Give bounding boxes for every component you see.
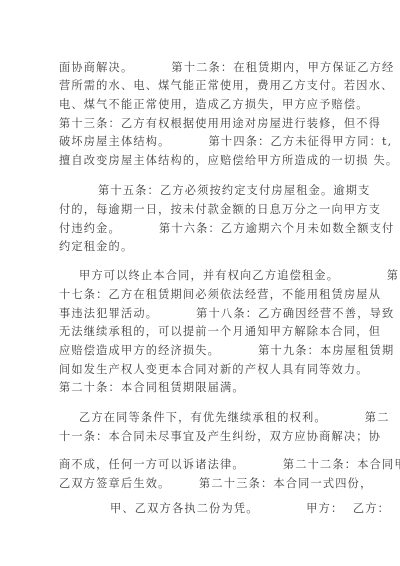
text-line: 约定租金的。	[59, 240, 133, 254]
text-line: 十一条：本合同未尽事宜及产生纠纷，双方应协商解决；协	[59, 430, 381, 444]
text-line: 事违法犯罪活动。 第十八条：乙方确因经营不善，导致	[59, 307, 394, 321]
text-line: 应赔偿造成甲方的经济损失。 第十九条：本房屋租赁期	[59, 344, 394, 358]
document-page: 面协商解决。 第十二条：在租赁期内，甲方保证乙方经 营所需的水、电、煤气能正常使…	[0, 0, 400, 566]
text-line: 无法继续承租的，可以提前一个月通知甲方解除本合同，但	[59, 325, 381, 339]
text-line: 第十五条：乙方必须按约定支付房屋租金。逾期支	[98, 184, 371, 198]
text-line: 十七条：乙方在租赁期间必须依法经营，不能用租赁房屋从	[59, 288, 381, 302]
text-line: 付违约金。 第十六条：乙方逾期六个月未如数全额支付	[59, 222, 394, 236]
text-line: 营所需的水、电、煤气能正常使用，费用乙方支付。若因水、	[59, 79, 393, 93]
text-line: 第二十条：本合同租赁期限届满。	[59, 381, 245, 395]
text-line: 擅自改变房屋主体结构的，应赔偿给甲方所造成的一切损 失。	[59, 154, 398, 168]
text-line: 电、煤气不能正常使用，造成乙方损失，甲方应予赔偿。	[59, 98, 369, 112]
text-line: 付的，每逾期一日，按未付款金额的日息万分之一向甲方支	[59, 203, 381, 217]
text-line: 乙方在同等条件下，有优先继续承租的权利。 第二	[79, 411, 390, 425]
text-line: 商不成，任何一方可以诉诸法律。 第二十二条：本合同甲、	[59, 458, 400, 472]
text-line: 面协商解决。 第十二条：在租赁期内，甲方保证乙方经	[59, 61, 394, 75]
text-line: 间如发生产权人变更本合同对新的产权人具有同等效力。	[59, 363, 369, 377]
text-line: 甲方可以终止本合同，并有权向乙方追偿租金。 第	[79, 269, 399, 283]
text-line: 乙双方签章后生效。 第二十三条：本合同一式四份，	[59, 477, 372, 491]
text-line: 第十三条：乙方有权根据使用用途对房屋进行装修，但不得	[59, 117, 381, 131]
text-line: 甲、乙双方各执二份为凭。 甲方： 乙方： 代	[110, 502, 400, 516]
text-line: 破坏房屋主体结构。 第十四条：乙方未征得甲方同：t,	[59, 135, 392, 149]
